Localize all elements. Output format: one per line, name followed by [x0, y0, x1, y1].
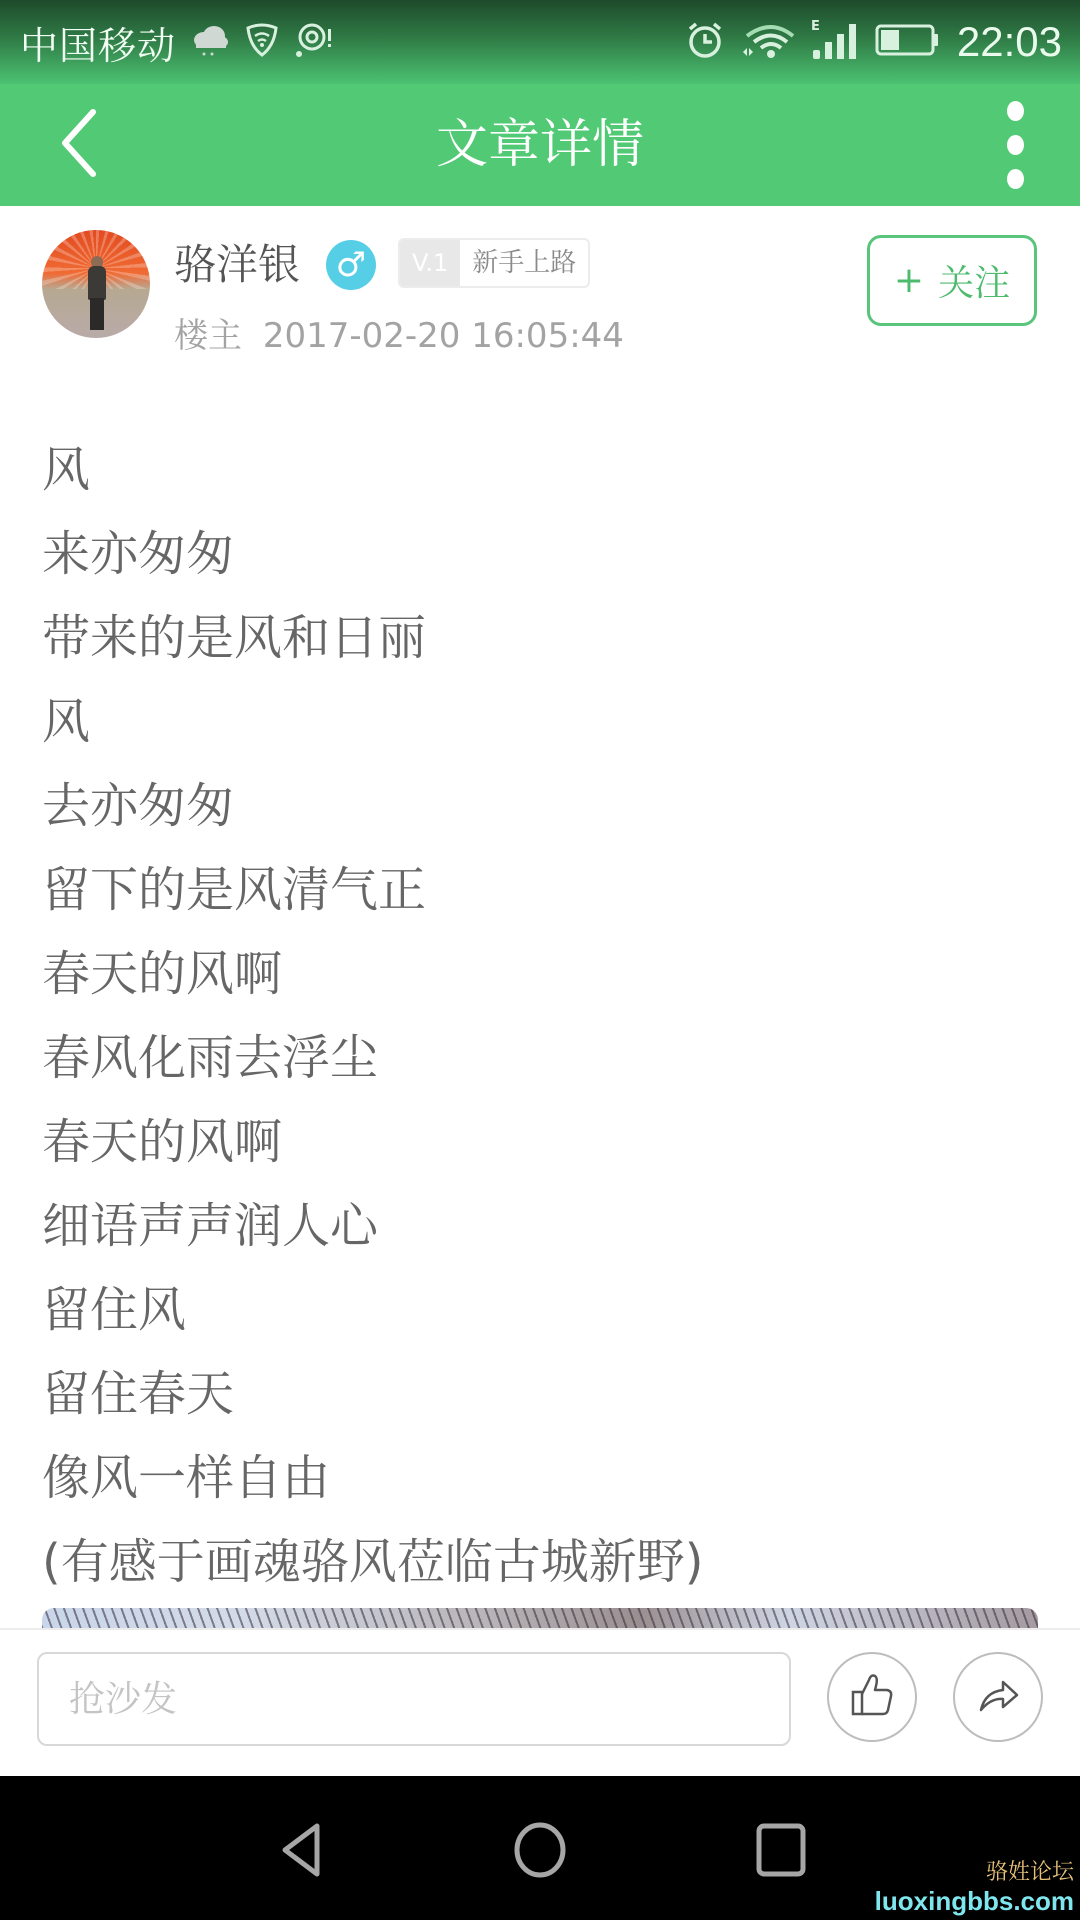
more-vertical-icon [1007, 169, 1024, 189]
more-menu-button[interactable] [980, 98, 1050, 192]
follow-button[interactable]: + 关注 [867, 235, 1037, 326]
article-line: 风 [42, 680, 1042, 764]
avatar[interactable] [42, 230, 150, 338]
location-alert-icon [294, 21, 334, 63]
article-line: 带来的是风和日丽 [42, 596, 1042, 680]
plus-icon: + [894, 260, 924, 301]
page-title: 文章详情 [0, 84, 1080, 206]
share-button[interactable] [953, 1652, 1043, 1742]
nav-recents-button[interactable] [741, 1812, 821, 1892]
author-name[interactable]: 骆洋银 [174, 232, 300, 292]
article-body: 风 来亦匆匆 带来的是风和日丽 风 去亦匆匆 留下的是风清气正 春天的风啊 春风… [42, 428, 1042, 1604]
post-meta: 楼主 2017-02-20 16:05:44 [174, 308, 624, 357]
share-arrow-icon [973, 1670, 1023, 1724]
nav-home-button[interactable] [500, 1812, 580, 1892]
watermark: 骆姓论坛 luoxingbbs.com [875, 1860, 1074, 1916]
comment-bar [0, 1628, 1080, 1776]
post-timestamp: 2017-02-20 16:05:44 [263, 316, 624, 356]
app-bar: 文章详情 [0, 84, 1080, 206]
article-line: (有感于画魂骆风莅临古城新野) [42, 1520, 1042, 1604]
author-role: 楼主 [174, 316, 242, 356]
article-line: 去亦匆匆 [42, 764, 1042, 848]
author-row: 骆洋银 ♂ V.1 新手上路 楼主 2017-02-20 16:05:44 + … [0, 206, 1080, 376]
circle-home-icon [512, 1820, 568, 1884]
more-vertical-icon [1007, 135, 1024, 155]
like-button[interactable] [827, 1652, 917, 1742]
article-image[interactable] [42, 1608, 1038, 1630]
article-line: 细语声声润人心 [42, 1184, 1042, 1268]
avatar-person-body [88, 266, 106, 300]
male-icon: ♂ [326, 240, 376, 290]
status-left: 中国移动 [20, 14, 334, 70]
more-vertical-icon [1007, 101, 1024, 121]
article-line: 春天的风啊 [42, 1100, 1042, 1184]
wifi-icon [741, 20, 795, 64]
comment-input[interactable] [37, 1652, 791, 1746]
weather-rain-icon [190, 22, 230, 62]
carrier-name: 中国移动 [20, 15, 176, 70]
article-line: 春天的风啊 [42, 932, 1042, 1016]
status-time: 22:03 [957, 18, 1062, 66]
article-line: 像风一样自由 [42, 1436, 1042, 1520]
status-bar: 中国移动 E 22:03 [0, 0, 1080, 84]
avatar-person-legs [90, 298, 104, 330]
triangle-back-icon [277, 1820, 327, 1884]
article-line: 留住风 [42, 1268, 1042, 1352]
square-recents-icon [755, 1822, 807, 1882]
wifi-shield-icon [244, 22, 280, 62]
battery-icon [875, 22, 941, 62]
level-number: V.1 [400, 240, 460, 286]
article-line: 风 [42, 428, 1042, 512]
article-line: 来亦匆匆 [42, 512, 1042, 596]
follow-label: 关注 [938, 255, 1010, 306]
nav-back-button[interactable] [262, 1812, 342, 1892]
article-line: 春风化雨去浮尘 [42, 1016, 1042, 1100]
svg-text:E: E [811, 19, 820, 34]
level-badge: V.1 新手上路 [398, 238, 590, 288]
thumbs-up-icon [847, 1670, 897, 1724]
watermark-cn: 骆姓论坛 [875, 1860, 1074, 1886]
system-nav-bar: 骆姓论坛 luoxingbbs.com [0, 1776, 1080, 1920]
article-line: 留下的是风清气正 [42, 848, 1042, 932]
article-line: 留住春天 [42, 1352, 1042, 1436]
alarm-icon [685, 20, 725, 64]
watermark-en: luoxingbbs.com [875, 1886, 1074, 1916]
status-right: E 22:03 [685, 14, 1062, 70]
level-title: 新手上路 [460, 240, 588, 286]
signal-e-icon: E [811, 18, 859, 66]
